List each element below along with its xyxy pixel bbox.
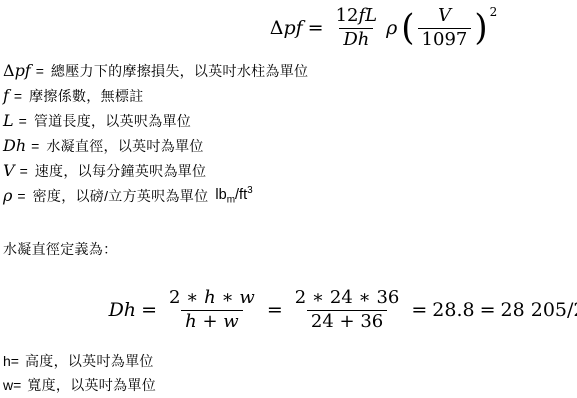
equals-sign: = [480,299,496,321]
definition-text: 密度，以磅/立方英呎為單位 [33,186,209,206]
math-symbol: ρ [3,186,12,205]
definition-row-rho: ρ = 密度，以磅/立方英呎為單位 lbm/ft3 [3,183,577,208]
equals-sign: = [31,138,39,154]
equation-hydraulic-diameter: Dh = 2 ∗ h ∗ w h + w = 2 ∗ 24 ∗ 36 24 + … [0,284,577,336]
definition-text: 摩擦係數，無標註 [29,86,143,106]
fraction-12fL-over-Dh: 12fL Dh [332,6,382,49]
fraction-numerator: 12fL [332,6,382,27]
equals-sign: = [36,63,44,79]
math-symbol-w: w= [3,377,21,393]
variable-definitions: Δpf = 總壓力下的摩擦損失，以英吋水柱為單位 f = 摩擦係數，無標註 L … [0,58,577,208]
definition-text: 寬度，以英吋為單位 [27,375,156,395]
equals-sign: = [14,88,22,104]
equals-sign: = [20,163,28,179]
equals-sign: = [308,17,324,39]
definition-text: 水凝直徑，以英吋為單位 [46,136,203,156]
math-symbol: Δpf [3,61,31,80]
rho-symbol: ρ [386,17,397,39]
definition-row-Dh: Dh = 水凝直徑，以英吋為單位 [3,133,577,158]
math-symbol-delta-pf: Δpf [270,17,303,39]
exponent: 2 [490,5,498,19]
math-symbol-Dh: Dh [109,299,136,321]
fraction-numerator: 2 ∗ 24 ∗ 36 [291,288,404,309]
math-symbol: L [3,111,14,130]
fraction-denominator: 24 + 36 [307,310,387,332]
definition-row-f: f = 摩擦係數，無標註 [3,83,577,108]
fraction-numerator: V [434,6,455,27]
result-decimal: 28.8 [432,299,474,321]
fraction-denominator: Dh [339,28,373,50]
equals-sign: = [411,299,427,321]
definition-row-w: w= 寬度，以英吋為單位 [3,373,577,397]
math-symbol-h: h= [3,353,19,369]
definition-text: 管道長度，以英呎為單位 [34,111,191,131]
fraction-numeric: 2 ∗ 24 ∗ 36 24 + 36 [291,288,404,331]
result-mixed-fraction: 28 205/256" [501,299,577,321]
equals-sign: = [267,299,283,321]
equals-sign: = [17,188,25,204]
definition-row-dpf: Δpf = 總壓力下的摩擦損失，以英吋水柱為單位 [3,58,577,83]
definition-text: 速度，以每分鐘英呎為單位 [35,161,207,181]
hydraulic-diameter-heading: 水凝直徑定義為： [0,238,577,260]
definition-text: 總壓力下的摩擦損失，以英吋水柱為單位 [51,61,308,81]
equals-sign: = [141,299,157,321]
dimension-definitions: h= 高度，以英吋為單位 w= 寬度，以英吋為單位 [0,349,577,397]
fraction-2hw-over-h-plus-w: 2 ∗ h ∗ w h + w [165,288,259,331]
definition-text: 高度，以英吋為單位 [25,351,154,371]
math-symbol: Dh [3,136,26,155]
fraction-numerator: 2 ∗ h ∗ w [165,288,259,309]
definition-row-V: V = 速度，以每分鐘英呎為單位 [3,158,577,183]
density-unit: lbm/ft3 [215,185,252,206]
equals-sign: = [19,113,27,129]
equation-pressure-drop: Δpf = 12fL Dh ρ ( V 1097 ) 2 [0,2,577,54]
fraction-denominator: h + w [181,310,243,332]
math-symbol: V [3,161,15,180]
document-page: Δpf = 12fL Dh ρ ( V 1097 ) 2 Δpf = 總壓力下的… [0,0,577,398]
definition-row-L: L = 管道長度，以英呎為單位 [3,108,577,133]
math-symbol: f [3,86,9,105]
fraction-V-over-1097: V 1097 [418,6,472,49]
fraction-denominator: 1097 [418,28,472,50]
definition-row-h: h= 高度，以英吋為單位 [3,349,577,373]
